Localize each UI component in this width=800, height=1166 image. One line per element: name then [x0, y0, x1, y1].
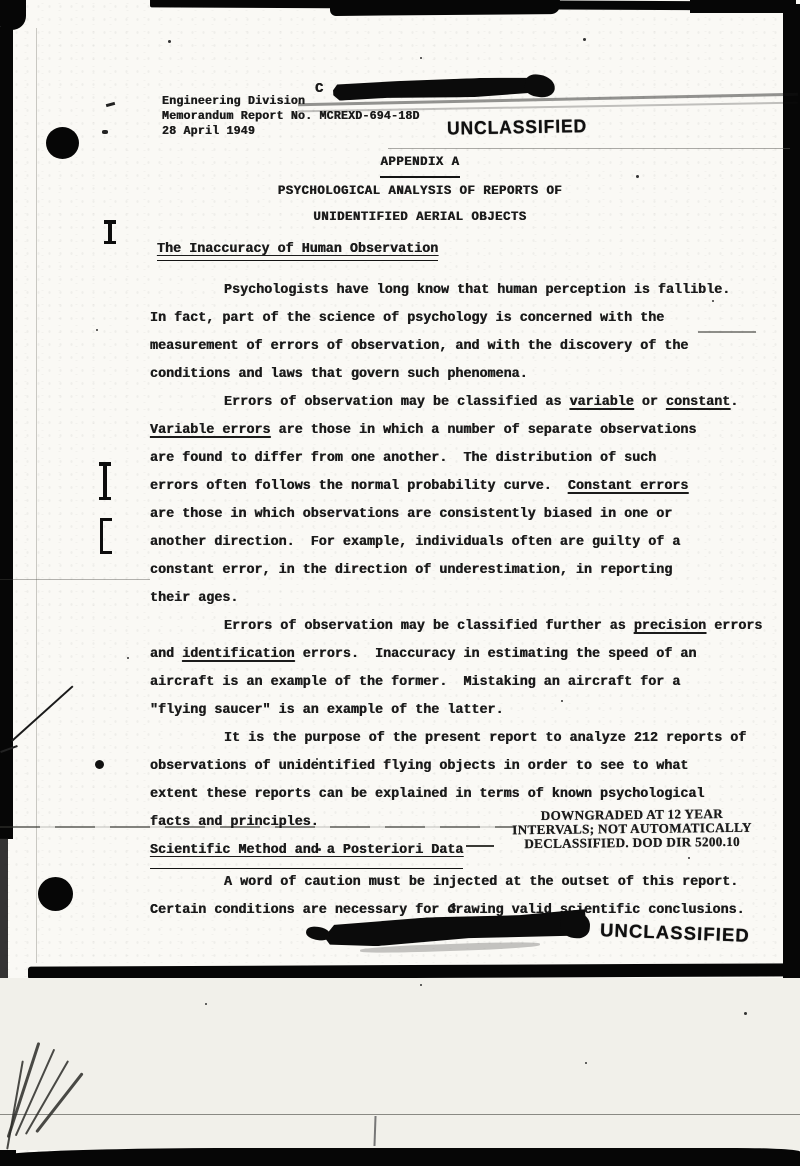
paragraph-4: It is the purpose of the present report …	[150, 725, 770, 837]
scan-edge-top-right	[690, 0, 796, 13]
paragraph-1: Psychologists have long know that human …	[150, 277, 770, 389]
speck	[96, 329, 98, 331]
redaction-stamp-top	[333, 76, 548, 101]
hole-punch-bottom	[38, 877, 73, 911]
scan-edge-top-blob	[330, 0, 560, 16]
doc-title-line2: UNIDENTIFIED AERIAL OBJECTS	[230, 204, 610, 230]
section-heading-scientific-method: Scientific Method and a Posteriori Data	[150, 837, 770, 869]
scratch-mark	[11, 685, 74, 742]
appendix-title: APPENDIX A	[230, 149, 610, 178]
scanner-bed-area	[0, 978, 800, 1150]
paper-edge-shadow	[36, 28, 37, 963]
title-block: APPENDIX A PSYCHOLOGICAL ANALYSIS OF REP…	[230, 149, 610, 230]
classification-c-mark: C	[315, 81, 323, 97]
appendix-title-text: APPENDIX A	[380, 149, 459, 178]
scan-edge-bottom	[0, 1148, 800, 1166]
paragraph-3: Errors of observation may be classified …	[150, 613, 770, 725]
ink-blob	[95, 760, 104, 769]
fold-line-mid	[0, 579, 150, 580]
doc-title-line1: PSYCHOLOGICAL ANALYSIS OF REPORTS OF	[230, 178, 610, 204]
scan-edge-left	[0, 27, 13, 839]
header-tick1	[106, 102, 115, 107]
speck	[585, 1062, 587, 1064]
scanner-bed-line	[0, 1114, 800, 1115]
ink-mark-bracket	[100, 518, 112, 554]
paragraph-2: Errors of observation may be classified …	[150, 389, 770, 613]
ink-mark-exclaim	[103, 463, 107, 499]
unclassified-stamp-top: UNCLASSIFIED	[447, 115, 587, 140]
speck	[583, 38, 586, 41]
speck	[168, 40, 171, 43]
speck	[420, 984, 422, 986]
section-heading-text: Scientific Method and a Posteriori Data	[150, 837, 463, 869]
header-tick2	[102, 130, 108, 134]
speck	[744, 1012, 747, 1015]
document-body: Psychologists have long know that human …	[150, 277, 770, 925]
redaction-stamp-top-end	[524, 73, 557, 99]
page-number: 3	[449, 902, 456, 916]
section-heading-inaccuracy: The Inaccuracy of Human Observation	[157, 242, 438, 261]
speck	[205, 1003, 207, 1005]
paragraph-5: A word of caution must be injected at th…	[150, 869, 770, 925]
speck	[127, 657, 129, 659]
speck	[420, 57, 422, 59]
hole-punch-top	[46, 127, 79, 159]
scan-corner-top-left	[0, 0, 26, 30]
memo-header: Engineering Division Memorandum Report N…	[162, 95, 420, 139]
ink-mark-i	[108, 221, 112, 243]
speck	[636, 175, 639, 178]
section-heading-text: The Inaccuracy of Human Observation	[157, 242, 438, 261]
scanned-document-page: C 3 Engineering Division Memorandum Repo…	[0, 0, 800, 1166]
memo-report-number: Memorandum Report No. MCREXD-694-18D	[162, 110, 420, 125]
memo-date: 28 April 1949	[162, 125, 420, 140]
